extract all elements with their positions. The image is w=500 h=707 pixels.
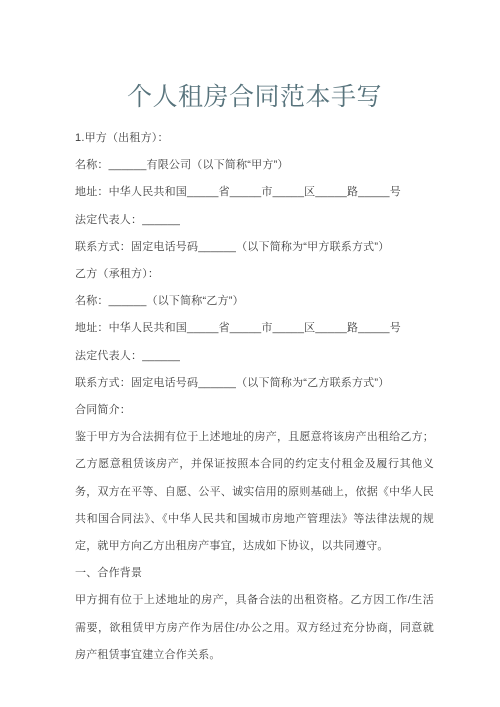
contract-intro-section: 合同简介： 鉴于甲方为合法拥有位于上述地址的房产，且愿意将该房产出租给乙方；乙方… [75, 397, 434, 560]
party-b-contact: 联系方式：固定电话号码______（以下简称为“乙方联系方式”） [75, 370, 434, 397]
section-1-heading: 一、合作背景 [75, 560, 434, 587]
party-b-legal-rep: 法定代表人：______ [75, 343, 434, 370]
cooperation-background-section: 一、合作背景 甲方拥有位于上述地址的房产，具备合法的出租资格。乙方因工作/生活需… [75, 560, 434, 669]
contract-document: 个人租房合同范本手写 1.甲方（出租方）： 名称：______有限公司（以下简称… [0, 0, 500, 707]
party-b-name: 名称：______（以下简称“乙方”） [75, 288, 434, 315]
section-1-paragraph: 甲方拥有位于上述地址的房产，具备合法的出租资格。乙方因工作/生活需要，欲租赁甲方… [75, 587, 434, 669]
party-b-section: 乙方（承租方）： 名称：______（以下简称“乙方”） 地址：中华人民共和国_… [75, 261, 434, 397]
party-a-address: 地址：中华人民共和国_____省_____市_____区_____路_____号 [75, 179, 434, 206]
party-a-contact: 联系方式：固定电话号码______（以下简称为“甲方联系方式”） [75, 234, 434, 261]
party-b-address: 地址：中华人民共和国_____省_____市_____区_____路_____号 [75, 315, 434, 342]
intro-heading: 合同简介： [75, 397, 434, 424]
intro-paragraph: 鉴于甲方为合法拥有位于上述地址的房产，且愿意将该房产出租给乙方；乙方愿意租赁该房… [75, 424, 434, 560]
document-title: 个人租房合同范本手写 [75, 82, 434, 112]
party-a-legal-rep: 法定代表人：______ [75, 207, 434, 234]
party-a-name: 名称：______有限公司（以下简称“甲方”） [75, 152, 434, 179]
party-a-heading: 1.甲方（出租方）： [75, 125, 434, 152]
party-b-heading: 乙方（承租方）： [75, 261, 434, 288]
party-a-section: 1.甲方（出租方）： 名称：______有限公司（以下简称“甲方”） 地址：中华… [75, 125, 434, 261]
